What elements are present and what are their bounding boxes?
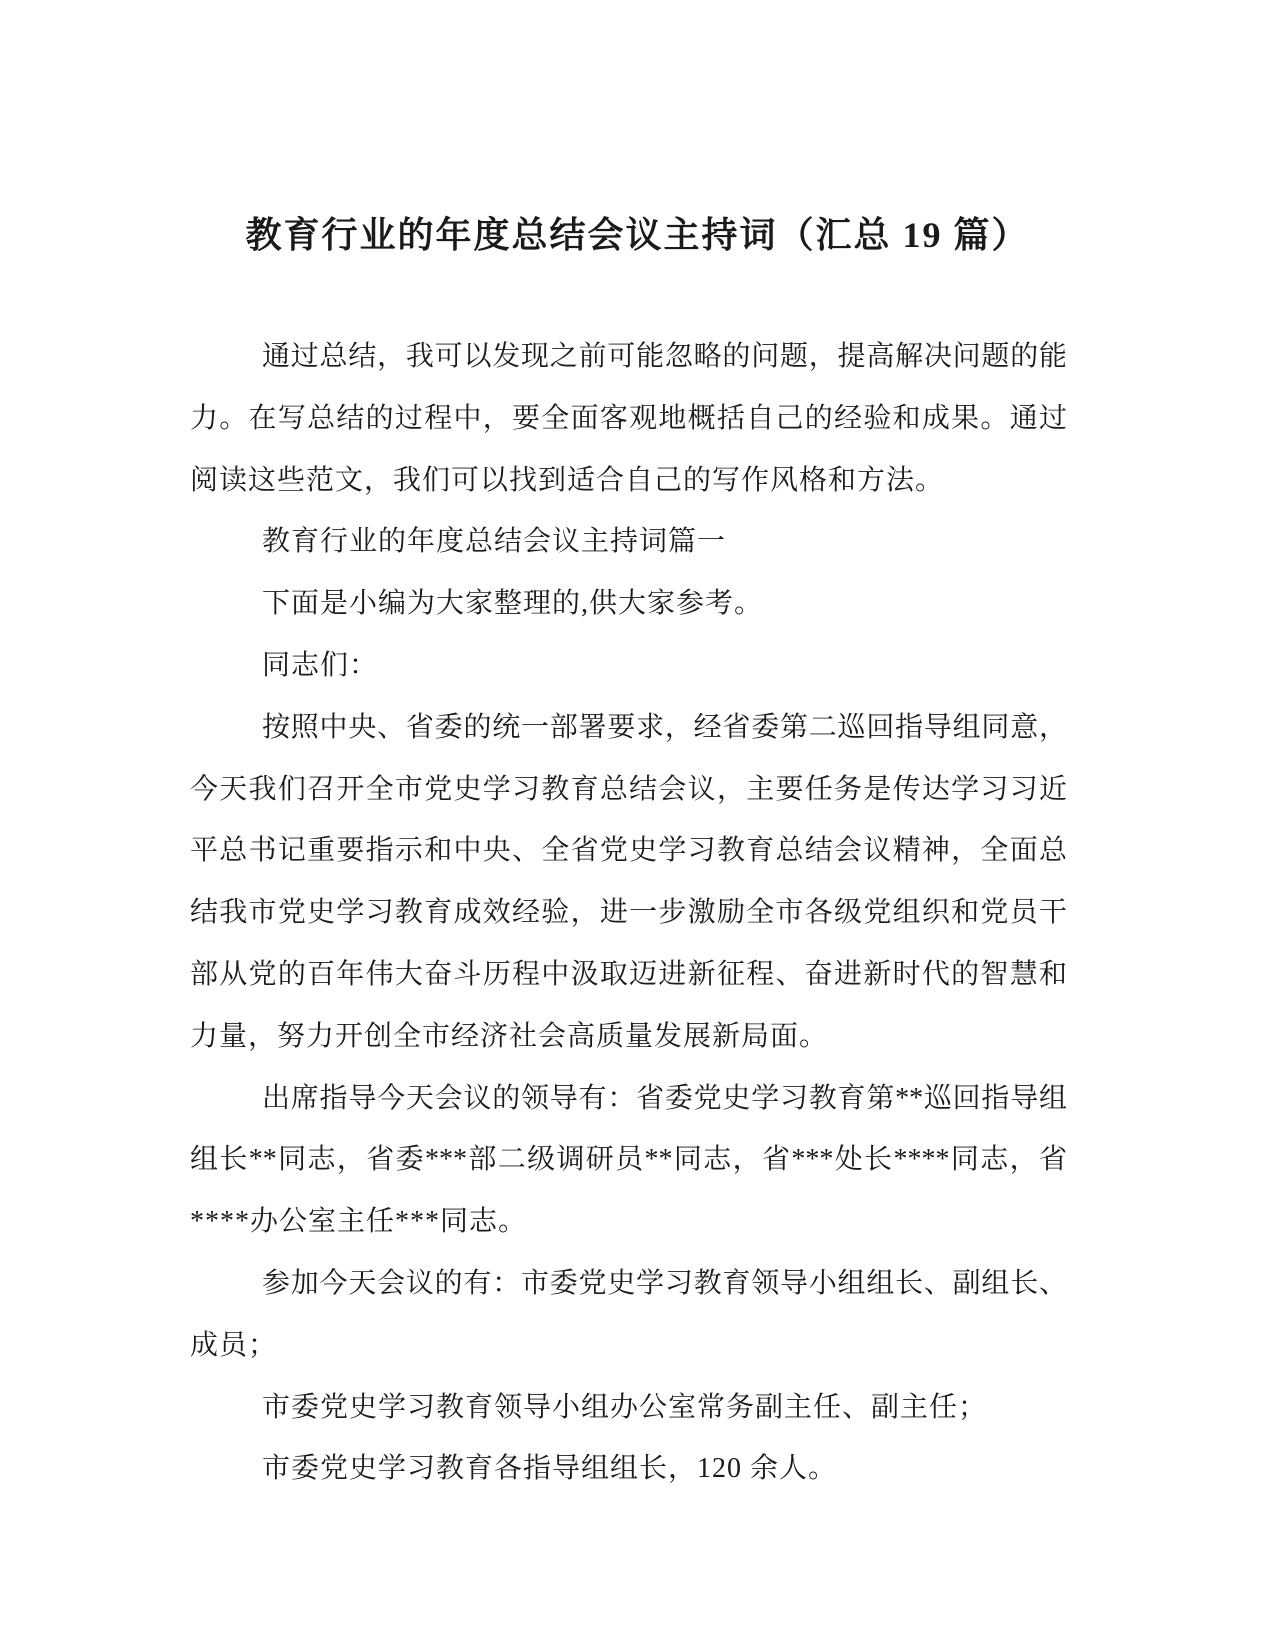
document-page: 教育行业的年度总结会议主持词（汇总 19 篇） 通过总结，我可以发现之前可能忽略…: [0, 0, 1275, 1650]
body-line: 力量，努力开创全市经济社会高质量发展新局面。: [190, 1020, 1067, 1054]
body-line: 出席指导今天会议的领导有：省委党史学习教育第**巡回指导组: [262, 1082, 1067, 1116]
body-line: 阅读这些范文，我们可以找到适合自己的写作风格和方法。: [190, 464, 1067, 498]
body-line: 同志们：: [262, 649, 1067, 683]
body-line: 市委党史学习教育领导小组办公室常务副主任、副主任；: [262, 1391, 1067, 1425]
body-line: 结我市党史学习教育成效经验，进一步激励全市各级党组织和党员干: [190, 896, 1067, 930]
body-line: 市委党史学习教育各指导组组长，120 余人。: [262, 1452, 1067, 1486]
body-line: ****办公室主任***同志。: [190, 1205, 1067, 1239]
body-line: 通过总结，我可以发现之前可能忽略的问题，提高解决问题的能: [262, 340, 1067, 374]
body-line: 部从党的百年伟大奋斗历程中汲取迈进新征程、奋进新时代的智慧和: [190, 958, 1067, 992]
body-line: 组长**同志，省委***部二级调研员**同志，省***处长****同志，省: [190, 1143, 1067, 1177]
body-line: 教育行业的年度总结会议主持词篇一: [262, 525, 1067, 559]
body-line: 按照中央、省委的统一部署要求，经省委第二巡回指导组同意，: [262, 711, 1067, 745]
body-line: 今天我们召开全市党史学习教育总结会议，主要任务是传达学习习近: [190, 773, 1067, 807]
body-line: 下面是小编为大家整理的,供大家参考。: [262, 587, 1067, 621]
body-line: 平总书记重要指示和中央、全省党史学习教育总结会议精神，全面总: [190, 834, 1067, 868]
body-line: 参加今天会议的有：市委党史学习教育领导小组组长、副组长、: [262, 1267, 1067, 1301]
document-body: 通过总结，我可以发现之前可能忽略的问题，提高解决问题的能力。在写总结的过程中，要…: [0, 0, 1275, 1650]
body-line: 成员；: [190, 1329, 1067, 1363]
body-line: 力。在写总结的过程中，要全面客观地概括自己的经验和成果。通过: [190, 402, 1067, 436]
